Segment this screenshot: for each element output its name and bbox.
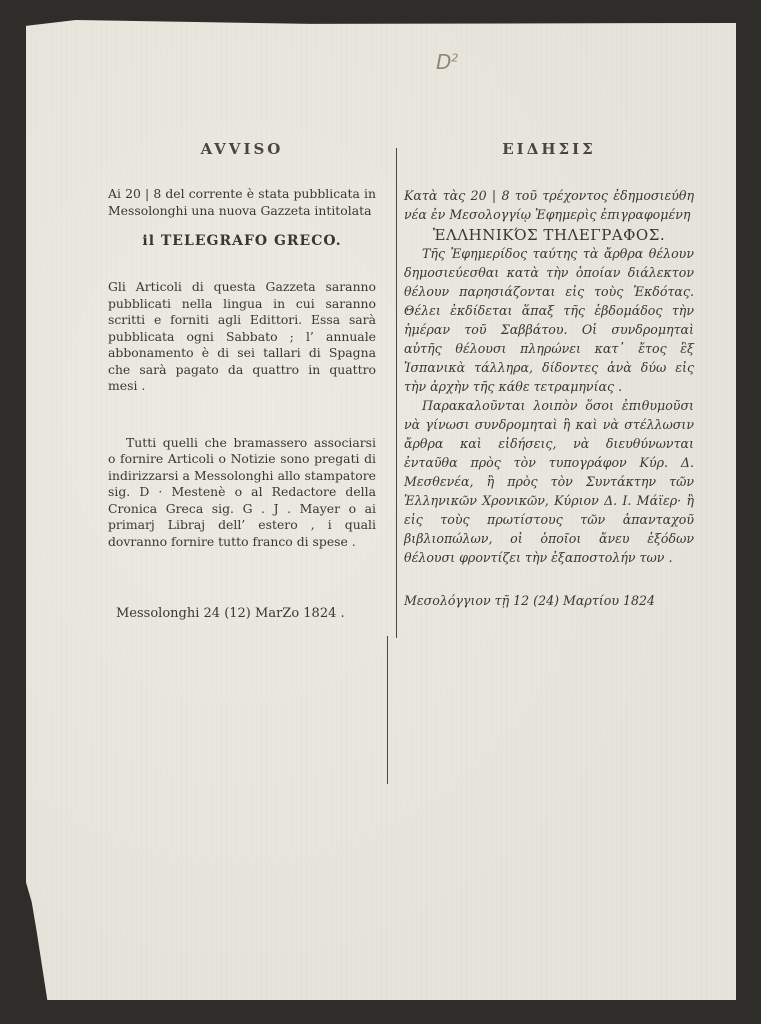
handwritten-annotation: D2: [436, 50, 458, 74]
italian-intro: Ai 20 | 8 del corrente è stata pubblicat…: [108, 186, 376, 219]
italian-paragraph-1: Gli Articoli di questa Gazzeta saranno p…: [108, 279, 376, 395]
greek-date: Μεσολόγγιον τῇ 12 (24) Μαρτίου 1824: [404, 591, 694, 610]
greek-paragraph-2: Παρακαλοῦνται λοιπὸν ὅσοι ἐπιθυμοῦσι νὰ …: [404, 396, 694, 567]
greek-heading: ΕΙΔΗΣΙΣ: [404, 140, 694, 158]
italian-date: Messolonghi 24 (12) MarZo 1824 .: [108, 606, 376, 623]
greek-intro: Κατὰ τὰς 20 | 8 τοῦ τρέχοντος ἐδημοσιεύθ…: [404, 186, 694, 224]
italian-paragraph-2: Tutti quelli che bramassero associarsi o…: [108, 435, 376, 551]
greek-newspaper-title: ἙΛΛΗΝΙΚΌΣ ΤΗΛΕΓΡΑΦΟΣ.: [404, 226, 694, 244]
italian-heading: AVVISO: [108, 140, 376, 158]
greek-column: ΕΙΔΗΣΙΣ Κατὰ τὰς 20 | 8 τοῦ τρέχοντος ἐδ…: [404, 140, 694, 610]
greek-paragraph-1: Τῆς Ἐφημερίδος ταύτης τὰ ἄρθρα θέλουν δη…: [404, 244, 694, 396]
column-divider-bottom: [387, 636, 388, 784]
column-divider-top: [396, 148, 397, 638]
italian-newspaper-title: il TELEGRAFO GRECO.: [108, 233, 376, 249]
italian-column: AVVISO Ai 20 | 8 del corrente è stata pu…: [108, 140, 376, 623]
